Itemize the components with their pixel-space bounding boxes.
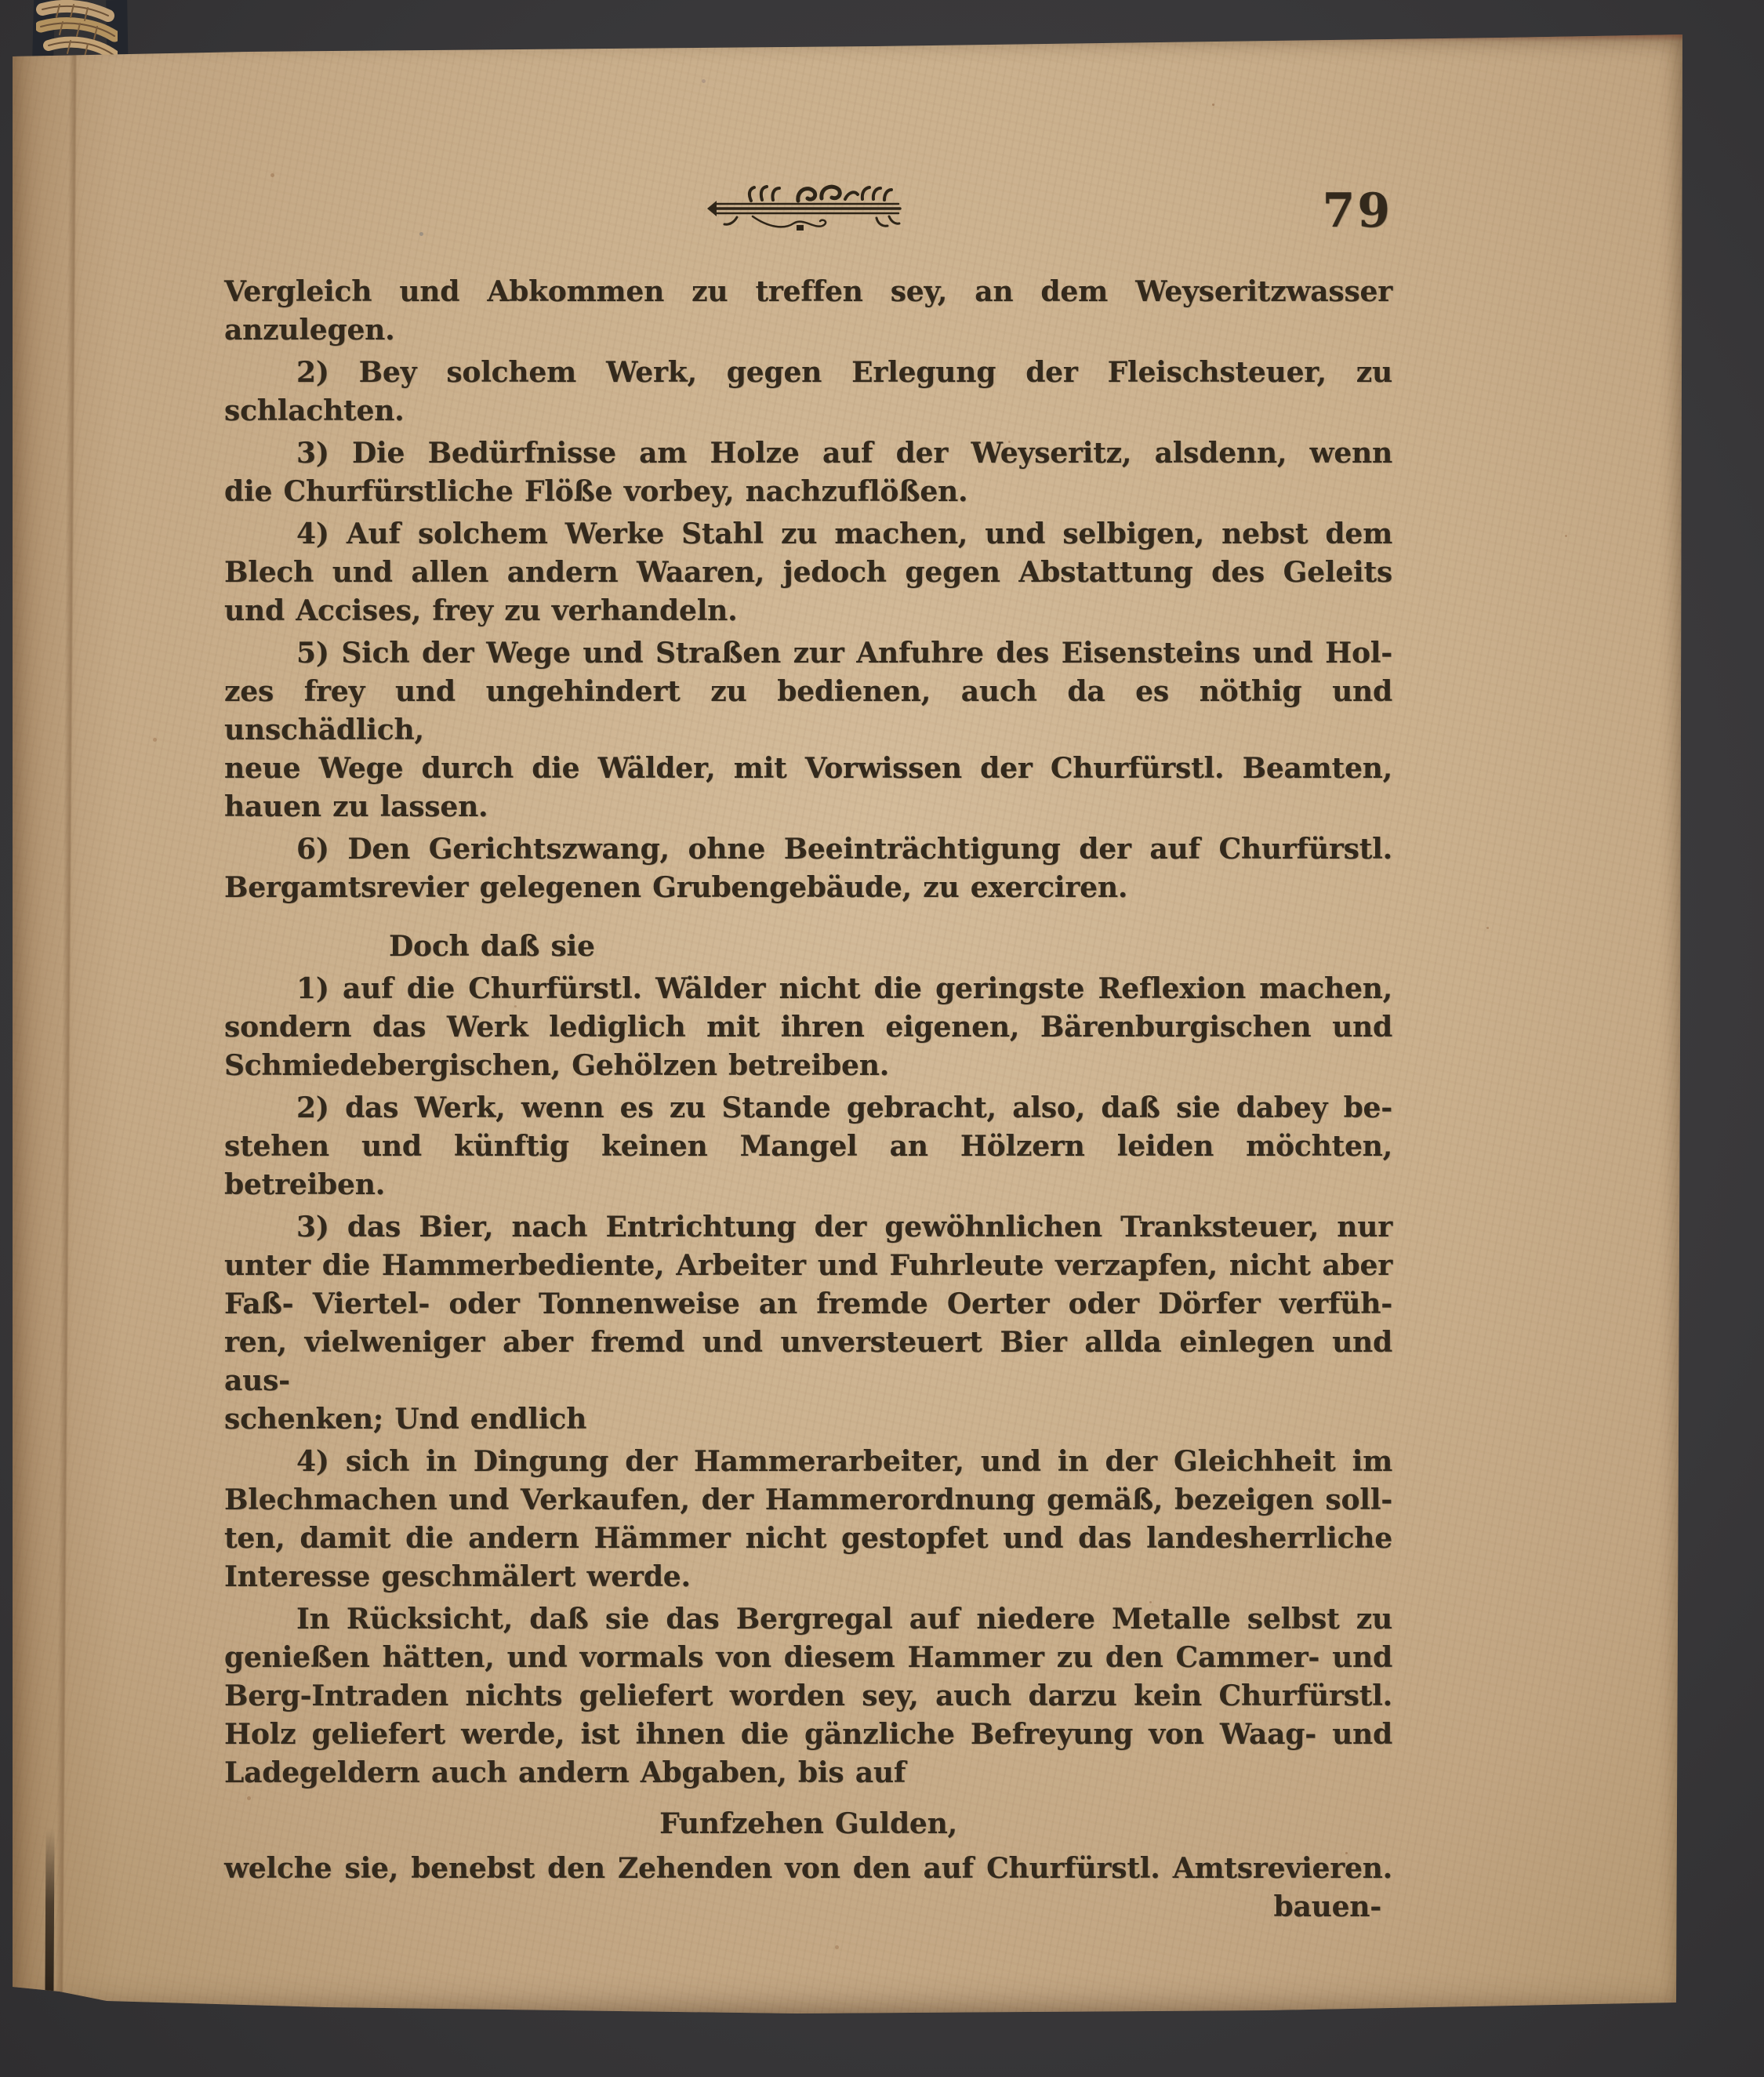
page-number: 79 [1226, 183, 1392, 238]
text-line: genießen hätten, und vormals von diesem … [224, 1639, 1392, 1677]
text-line: Schmiedebergischen, Gehölzen betreiben. [224, 1047, 1392, 1085]
text-line: bauen- [224, 1888, 1381, 1926]
text-line: Vergleich und Abkommen zu treffen sey, a… [224, 273, 1392, 311]
fleuron-ornament-icon [706, 182, 909, 232]
text-line: unter die Hammerbediente, Arbeiter und F… [224, 1247, 1392, 1285]
paragraph-indent: 1) auf die Churfürstl. Wälder nicht die … [224, 970, 1392, 1085]
text-line: sondern das Werk lediglich mit ihren eig… [224, 1008, 1392, 1047]
text-line: anzulegen. [224, 311, 1392, 350]
text-column: Vergleich und Abkommen zu treffen sey, a… [224, 273, 1392, 1926]
text-line: Doch daß sie [389, 928, 1392, 966]
text-line: hauen zu lassen. [224, 788, 1392, 826]
text-line: Faß- Viertel- oder Tonnenweise an fremde… [224, 1285, 1392, 1324]
text-line: ten, damit die andern Hämmer nicht gesto… [224, 1520, 1392, 1558]
text-line: zes frey und ungehindert zu bedienen, au… [224, 673, 1392, 750]
paragraph-indent: 3) das Bier, nach Entrichtung der gewöhn… [224, 1208, 1392, 1439]
page-top-edge [13, 33, 1684, 42]
text-line: Blechmachen und Verkaufen, der Hammerord… [224, 1481, 1392, 1520]
text-line: schenken; Und endlich [224, 1400, 1392, 1439]
text-line: 4) Auf solchem Werke Stahl zu machen, un… [224, 515, 1392, 554]
book-scan: { "page": { "number": "79" }, "icons": {… [0, 0, 1764, 2077]
text-line: 3) Die Bedürfnisse am Holze auf der Weys… [224, 434, 1392, 473]
text-line: In Rücksicht, daß sie das Bergregal auf … [224, 1600, 1392, 1639]
paragraph-flush: welche sie, benebst den Zehenden von den… [224, 1850, 1392, 1888]
text-line: 5) Sich der Wege und Straßen zur Anfuhre… [224, 634, 1392, 673]
paragraph-indent: 4) sich in Dingung der Hammerarbeiter, u… [224, 1443, 1392, 1596]
text-line: 2) das Werk, wenn es zu Stande gebracht,… [224, 1089, 1392, 1127]
text-line: Interesse geschmälert werde. [224, 1558, 1392, 1596]
paragraph-flush: Vergleich und Abkommen zu treffen sey, a… [224, 273, 1392, 350]
page-sheet: 79 Vergleich und Abkommen zu treffen sey… [13, 33, 1684, 2017]
page-fold-shadow [45, 1828, 54, 1995]
paragraph-indent: 4) Auf solchem Werke Stahl zu machen, un… [224, 515, 1392, 630]
paper-speckles [13, 33, 15, 35]
text-line: Berg-Intraden nichts geliefert worden se… [224, 1677, 1392, 1716]
text-line: Funfzehen Gulden, [224, 1805, 1392, 1843]
paragraph-indent: 3) Die Bedürfnisse am Holze auf der Weys… [224, 434, 1392, 511]
paragraph-indent: In Rücksicht, daß sie das Bergregal auf … [224, 1600, 1392, 1792]
paragraph-heading: Doch daß sie [389, 928, 1392, 966]
paragraph-indent: 6) Den Gerichtszwang, ohne Beeinträchtig… [224, 830, 1392, 907]
text-line: Holz geliefert werde, ist ihnen die gänz… [224, 1716, 1392, 1754]
text-line: welche sie, benebst den Zehenden von den… [224, 1850, 1392, 1888]
text-line: stehen und künftig keinen Mangel an Hölz… [224, 1127, 1392, 1204]
text-line: 4) sich in Dingung der Hammerarbeiter, u… [224, 1443, 1392, 1481]
text-line: Ladegeldern auch andern Abgaben, bis auf [224, 1754, 1392, 1792]
text-line: Bergamtsrevier gelegenen Grubengebäude, … [224, 869, 1392, 907]
text-line: ren, vielweniger aber fremd und unverste… [224, 1324, 1392, 1400]
text-line: die Churfürstliche Flöße vorbey, nachzuf… [224, 473, 1392, 511]
text-line: Blech und allen andern Waaren, jedoch ge… [224, 554, 1392, 592]
paragraph-catchword: bauen- [224, 1888, 1392, 1926]
text-line: 1) auf die Churfürstl. Wälder nicht die … [224, 970, 1392, 1008]
text-line: neue Wege durch die Wälder, mit Vorwisse… [224, 750, 1392, 788]
text-line: 2) Bey solchem Werk, gegen Erlegung der … [224, 354, 1392, 430]
text-line: 3) das Bier, nach Entrichtung der gewöhn… [224, 1208, 1392, 1247]
text-line: 6) Den Gerichtszwang, ohne Beeinträchtig… [224, 830, 1392, 869]
text-line: und Accises, frey zu verhandeln. [224, 592, 1392, 630]
paragraph-indent: 5) Sich der Wege und Straßen zur Anfuhre… [224, 634, 1392, 826]
paragraph-centered: Funfzehen Gulden, [224, 1805, 1392, 1843]
paragraph-indent: 2) das Werk, wenn es zu Stande gebracht,… [224, 1089, 1392, 1204]
paragraph-indent: 2) Bey solchem Werk, gegen Erlegung der … [224, 354, 1392, 430]
